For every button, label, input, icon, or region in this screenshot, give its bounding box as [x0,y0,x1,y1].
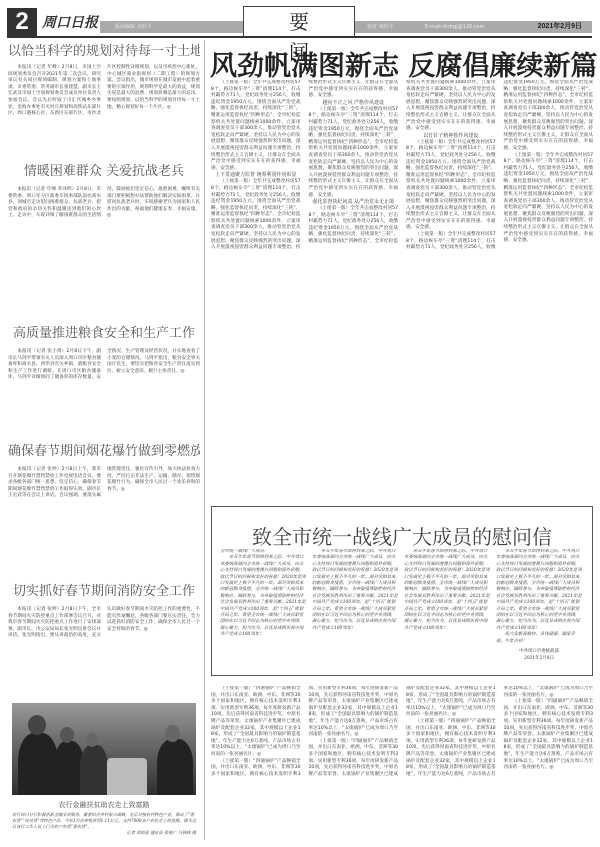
letter-body: 辛丑牛年春节即将到来之际，中共周口市委统战部向全市统一战线广大成员，向关心支持周… [496,549,582,632]
photo-caption-text: 农行周口分行积极创新金融支农服务，紧密结合乡村振兴战略，先后对接农村特色产业，推… [12,812,196,829]
letter-body: 辛丑牛年春节即将到来之际，中共周口市委统战部向全市统一战线广大成员，向关心支持周… [312,549,398,632]
column-divider [204,40,205,840]
photo-caption: 农行周口分行积极创新金融支农服务，紧密结合乡村振兴战略，先后对接农村特色产业，推… [12,812,196,836]
article-body: 本报讯（记者 张婷）2月8日下午，全市春节期间火灾防控重点工作部署会议召开，对我… [8,607,200,640]
info-bar: 校对 刘伯平 E-mail:zkrbgj@126.com 2021年2月9日 [355,21,592,33]
photo-title: 农行金融扶贫助农走上致富路 [12,800,196,810]
article-body: 本报讯（记者 张婷）2月8日上午，我市召开烟花爆竹禁售禁放工作电视电话会议，要求… [8,467,200,500]
photo-credit: 记者 郑如意 通讯员 张俊广 马林峰 摄 [12,830,196,836]
article-body: 本报讯（记者 年峰）2月8日，市国土空间规划委员会召开2021年第二次会议，研究… [8,65,200,118]
article-headline: 情暖困难群众 关爱抗战老兵 [8,160,200,179]
letter-box: 致全市统一战线广大成员的慰问信 全市统一战线广大成员： 辛丑牛年春节即将到来之际… [211,506,593,676]
article-headline: 切实抓好春节期间消防安全工作 [8,580,200,599]
letter-closing: 祝大家新春愉快、身体健康、阖家幸福、牛年吉祥！ [496,632,582,645]
article-headline: 高质量推进粮食安全和生产工作 [8,322,200,341]
masthead-rule [7,36,592,38]
section-title: 要闻 [243,6,355,36]
lead-subhead: 以钉钉子精神抓作风建设 [406,133,496,140]
issue-date: 2021年2月9日 [538,21,582,31]
news-photo [12,703,196,795]
lead-article-body: （上接第一版）全年共完成整改村居578个，路边候车亭“三资”清理114个，打击村… [211,80,593,500]
proofreader-credit: 校对 刘伯平 [367,21,394,33]
article-fire-safety: 切实抓好春节期间消防安全工作 本报讯（记者 张婷）2月8日下午，全市春节期间火灾… [8,580,200,696]
article-planning: 以恰当科学的规划对待每一寸土地 本报讯（记者 年峰）2月8日，市国土空间规划委员… [8,40,200,148]
email-contact: E-mail:zkrbgj@126.com [425,21,485,33]
article-headline: 以恰当科学的规划对待每一寸土地 [8,40,200,59]
paper-name-logo: 周口日报 [42,12,98,32]
letter-title: 致全市统一战线广大成员的慰问信 [212,521,592,550]
letter-body: 辛丑牛年春节即将到来之际，中共周口市委统战部向全市统一战线广大成员，向关心支持周… [404,549,490,632]
lead-headline: 风劲帆满图新志 反腐倡廉续新篇 [210,44,595,83]
article-body: 本报讯（记者 张小勇）2月8日下午，副市长马剑平带领有关人员深入周口市区粮食储备… [8,349,200,382]
article-grain: 高质量推进粮食安全和生产工作 本报讯（记者 张小勇）2月8日下午，副市长马剑平带… [8,322,200,437]
lead-subhead: 越向不正之风 严格作风建设 [309,100,399,107]
masthead: 2 周口日报 版面编辑 刘伯平 要闻 校对 刘伯平 E-mail:zkrbgj@… [0,0,600,44]
letter-date: 2021年2月8日 [496,656,582,662]
editor-credit: 版面编辑 刘伯平 [100,21,243,33]
article-body: 本报讯（记者 年峰 乔冰明）2月8日，市委常委、周口军分区政委车锐率部队前往商水… [8,187,200,220]
article-headline: 确保春节期间烟花爆竹做到零燃放 [8,440,200,459]
article-fireworks: 确保春节期间烟花爆竹做到零燃放 本报讯（记者 张婷）2月8日上午，我市召开烟花爆… [8,440,200,570]
article-veterans: 情暖困难群众 关爱抗战老兵 本报讯（记者 年峰 乔冰明）2月8日，市委常委、周口… [8,160,200,300]
page-number: 2 [7,8,37,36]
letter-body: 辛丑牛年春节即将到来之际，中共周口市委统战部向全市统一战线广大成员，向关心支持周… [220,555,306,638]
article-boiler: （上接第一版）“四通锅炉”产品畅销全国，并出口东南亚、欧洲、中东、非洲等30多个… [211,686,593,842]
